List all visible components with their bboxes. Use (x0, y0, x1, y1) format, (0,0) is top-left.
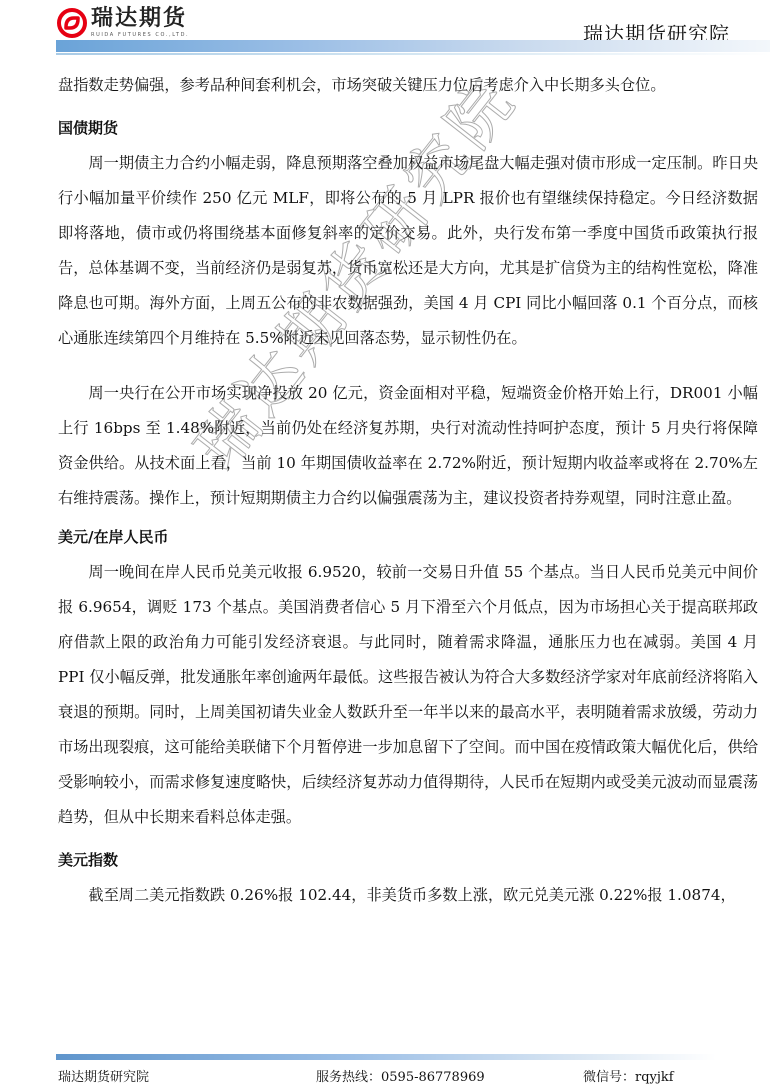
logo-english-name: RUIDA FUTURES CO.,LTD. (91, 32, 189, 39)
company-logo: 瑞达期货 RUIDA FUTURES CO.,LTD. (57, 6, 189, 44)
treasury-paragraph-2: 周一央行在公开市场实现净投放 20 亿元，资金面相对平稳，短端资金价格开始上行，… (58, 376, 758, 516)
section-heading-dollar-index: 美元指数 (58, 843, 758, 878)
dollar-index-paragraph: 截至周二美元指数跌 0.26%报 102.44，非美货币多数上涨，欧元兑美元涨 … (58, 878, 758, 913)
page-header: 瑞达期货 RUIDA FUTURES CO.,LTD. 瑞达期货研究院 (0, 0, 770, 60)
logo-chinese-name: 瑞达期货 (91, 6, 189, 32)
footer-hotline: 服务热线：0595-86778969 (316, 1066, 485, 1085)
intro-paragraph: 盘指数走势偏强，参考品种间套利机会，市场突破关键压力位后考虑介入中长期多头仓位。 (58, 68, 758, 103)
treasury-paragraph-1: 周一期债主力合约小幅走弱，降息预期落空叠加权益市场尾盘大幅走强对债市形成一定压制… (58, 146, 758, 356)
page-footer: 瑞达期货研究院 服务热线：0595-86778969 微信号：rqyjkf (58, 1066, 718, 1088)
footer-gradient-bar (56, 1054, 716, 1060)
ruida-logo-icon (57, 8, 87, 38)
footer-wechat: 微信号：rqyjkf (583, 1066, 674, 1085)
section-heading-treasury-futures: 国债期货 (58, 111, 758, 146)
footer-org: 瑞达期货研究院 (58, 1066, 149, 1085)
report-body: 盘指数走势偏强，参考品种间套利机会，市场突破关键压力位后考虑介入中长期多头仓位。… (58, 68, 758, 913)
usd-cny-paragraph: 周一晚间在岸人民币兑美元收报 6.9520，较前一交易日升值 55 个基点。当日… (58, 555, 758, 835)
section-heading-usd-cny: 美元/在岸人民币 (58, 520, 758, 555)
header-underline (56, 53, 770, 55)
header-gradient-bar (56, 40, 770, 52)
